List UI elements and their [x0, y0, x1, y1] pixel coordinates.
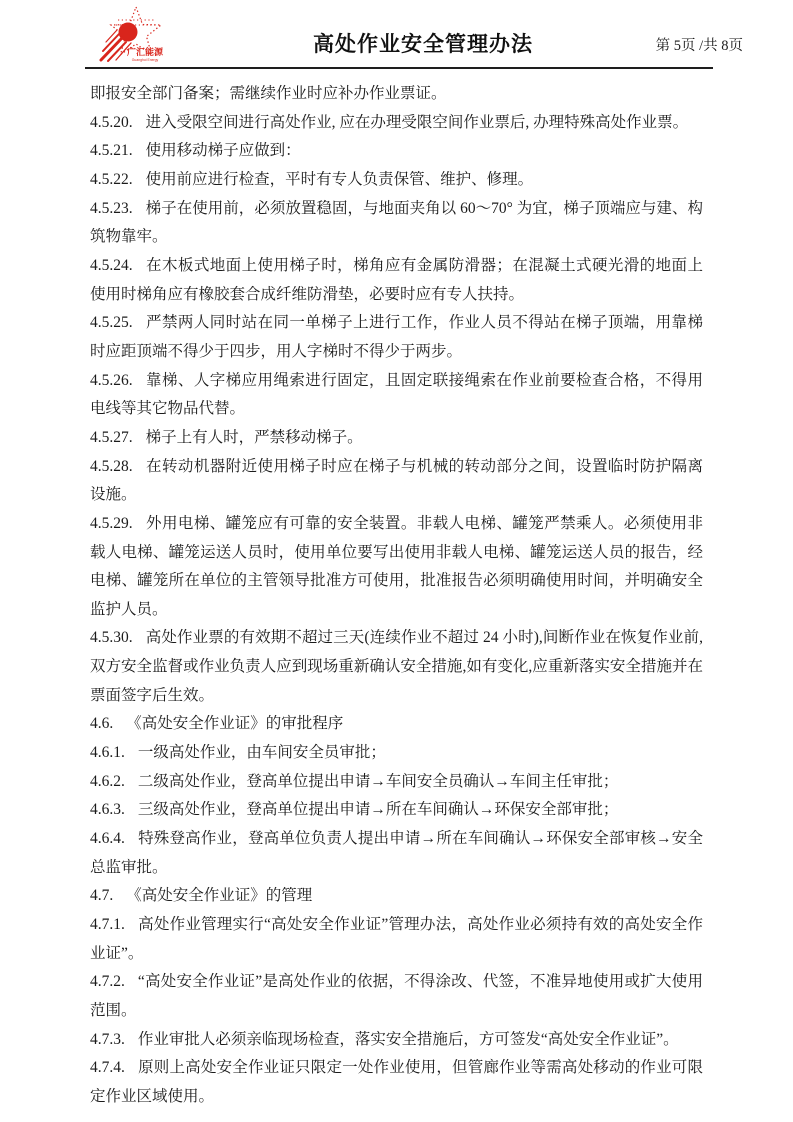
paragraph: 4.5.25.严禁两人同时站在同一单梯子上进行工作，作业人员不得站在梯子顶端，用… [90, 309, 703, 366]
clause-text: 使用移动梯子应做到： [146, 142, 301, 159]
clause-number: 4.7.3. [90, 1031, 138, 1048]
clause-number: 4.7. [90, 887, 126, 904]
document-body: 即报安全部门备案；需继续作业时应补办作业票证。4.5.20.进入受限空间进行高处… [90, 80, 703, 1112]
clause-number: 4.6.2. [90, 773, 138, 790]
clause-text: 在转动机器附近使用梯子时应在梯子与机械的转动部分之间，设置临时防护隔离设施。 [90, 458, 703, 504]
clause-number: 4.5.28. [90, 458, 146, 475]
clause-number: 4.6.4. [90, 830, 138, 847]
clause-text: “高处安全作业证”是高处作业的依据，不得涂改、代签，不准异地使用或扩大使用范围。 [90, 973, 703, 1019]
clause-text: 梯子在使用前，必须放置稳固，与地面夹角以 60～70° 为宜，梯子顶端应与建、构… [90, 200, 703, 246]
clause-text: 二级高处作业，登高单位提出申请→车间安全员确认→车间主任审批； [138, 773, 619, 790]
paragraph: 4.7.4.原则上高处安全作业证只限定一处作业使用，但管廊作业等需高处移动的作业… [90, 1054, 703, 1111]
paragraph: 4.5.23.梯子在使用前，必须放置稳固，与地面夹角以 60～70° 为宜，梯子… [90, 195, 703, 252]
clause-number: 4.7.2. [90, 973, 138, 990]
clause-number: 4.5.27. [90, 429, 146, 446]
clause-text: 在木板式地面上使用梯子时，梯角应有金属防滑器；在混凝土式硬光滑的地面上使用时梯角… [90, 257, 703, 303]
clause-text: 靠梯、人字梯应用绳索进行固定，且固定联接绳索在作业前要检查合格，不得用电线等其它… [90, 372, 703, 418]
paragraph: 4.5.27.梯子上有人时，严禁移动梯子。 [90, 424, 703, 453]
paragraph: 4.6.3.三级高处作业，登高单位提出申请→所在车间确认→环保安全部审批； [90, 796, 703, 825]
paragraph: 4.5.22.使用前应进行检查，平时有专人负责保管、维护、修理。 [90, 166, 703, 195]
clause-text: 特殊登高作业，登高单位负责人提出申请→所在车间确认→环保安全部审核→安全总监审批… [90, 830, 703, 876]
paragraph: 4.7.3.作业审批人必须亲临现场检查，落实安全措施后，方可签发“高处安全作业证… [90, 1026, 703, 1055]
clause-number: 4.7.1. [90, 916, 138, 933]
clause-text: 三级高处作业，登高单位提出申请→所在车间确认→环保安全部审批； [138, 801, 619, 818]
clause-number: 4.6. [90, 715, 126, 732]
clause-text: 严禁两人同时站在同一单梯子上进行工作，作业人员不得站在梯子顶端，用靠梯时应距顶端… [90, 314, 703, 360]
paragraph: 4.6.《高处安全作业证》的审批程序 [90, 710, 703, 739]
paragraph: 4.7.1.高处作业管理实行“高处安全作业证”管理办法，高处作业必须持有效的高处… [90, 911, 703, 968]
clause-number: 4.7.4. [90, 1059, 138, 1076]
clause-number: 4.5.29. [90, 515, 146, 532]
clause-number: 4.5.26. [90, 372, 146, 389]
paragraph: 即报安全部门备案；需继续作业时应补办作业票证。 [90, 80, 703, 109]
document-title: 高处作业安全管理办法 [313, 28, 543, 58]
clause-number: 4.6.3. [90, 801, 138, 818]
clause-text: 使用前应进行检查，平时有专人负责保管、维护、修理。 [146, 171, 534, 188]
clause-text: 高处作业管理实行“高处安全作业证”管理办法，高处作业必须持有效的高处安全作业证”… [90, 916, 703, 962]
logo-subtext: Guanghui Energy [132, 58, 159, 62]
clause-text: 即报安全部门备案；需继续作业时应补办作业票证。 [90, 85, 447, 102]
clause-number: 4.6.1. [90, 744, 138, 761]
document-page: 广汇能源 Guanghui Energy 高处作业安全管理办法 第 5页 /共 … [0, 0, 793, 1122]
clause-number: 4.5.25. [90, 314, 146, 331]
clause-number: 4.5.22. [90, 171, 146, 188]
paragraph: 4.5.26.靠梯、人字梯应用绳索进行固定，且固定联接绳索在作业前要检查合格，不… [90, 367, 703, 424]
clause-text: 梯子上有人时，严禁移动梯子。 [146, 429, 363, 446]
paragraph: 4.5.21.使用移动梯子应做到： [90, 137, 703, 166]
clause-number: 4.5.21. [90, 142, 146, 159]
paragraph: 4.5.30.高处作业票的有效期不超过三天(连续作业不超过 24 小时),间断作… [90, 624, 703, 710]
paragraph: 4.6.4.特殊登高作业，登高单位负责人提出申请→所在车间确认→环保安全部审核→… [90, 825, 703, 882]
paragraph: 4.6.2.二级高处作业，登高单位提出申请→车间安全员确认→车间主任审批； [90, 768, 703, 797]
clause-number: 4.5.30. [90, 629, 146, 646]
clause-text: 外用电梯、罐笼应有可靠的安全装置。非载人电梯、罐笼严禁乘人。必须使用非载人电梯、… [90, 515, 703, 618]
paragraph: 4.5.24.在木板式地面上使用梯子时，梯角应有金属防滑器；在混凝土式硬光滑的地… [90, 252, 703, 309]
paragraph: 4.5.28.在转动机器附近使用梯子时应在梯子与机械的转动部分之间，设置临时防护… [90, 453, 703, 510]
clause-number: 4.5.24. [90, 257, 146, 274]
page-number: 第 5页 /共 8页 [656, 34, 743, 55]
paragraph: 4.7.2.“高处安全作业证”是高处作业的依据，不得涂改、代签，不准异地使用或扩… [90, 968, 703, 1025]
clause-text: 一级高处作业，由车间安全员审批； [138, 744, 386, 761]
comet-star-icon: 广汇能源 Guanghui Energy [98, 3, 166, 65]
clause-text: 原则上高处安全作业证只限定一处作业使用，但管廊作业等需高处移动的作业可限定作业区… [90, 1059, 703, 1105]
clause-text: 《高处安全作业证》的管理 [126, 887, 312, 904]
logo-text: 广汇能源 [126, 46, 164, 57]
clause-number: 4.5.20. [90, 114, 146, 131]
paragraph: 4.6.1.一级高处作业，由车间安全员审批； [90, 739, 703, 768]
clause-text: 进入受限空间进行高处作业, 应在办理受限空间作业票后, 办理特殊高处作业票。 [146, 114, 689, 131]
clause-number: 4.5.23. [90, 200, 146, 217]
clause-text: 作业审批人必须亲临现场检查，落实安全措施后，方可签发“高处安全作业证”。 [138, 1031, 679, 1048]
header-divider [85, 67, 713, 69]
paragraph: 4.5.29.外用电梯、罐笼应有可靠的安全装置。非载人电梯、罐笼严禁乘人。必须使… [90, 510, 703, 625]
clause-text: 《高处安全作业证》的审批程序 [126, 715, 343, 732]
clause-text: 高处作业票的有效期不超过三天(连续作业不超过 24 小时),间断作业在恢复作业前… [90, 629, 703, 703]
paragraph: 4.5.20.进入受限空间进行高处作业, 应在办理受限空间作业票后, 办理特殊高… [90, 109, 703, 138]
paragraph: 4.7.《高处安全作业证》的管理 [90, 882, 703, 911]
company-logo: 广汇能源 Guanghui Energy [98, 3, 166, 65]
